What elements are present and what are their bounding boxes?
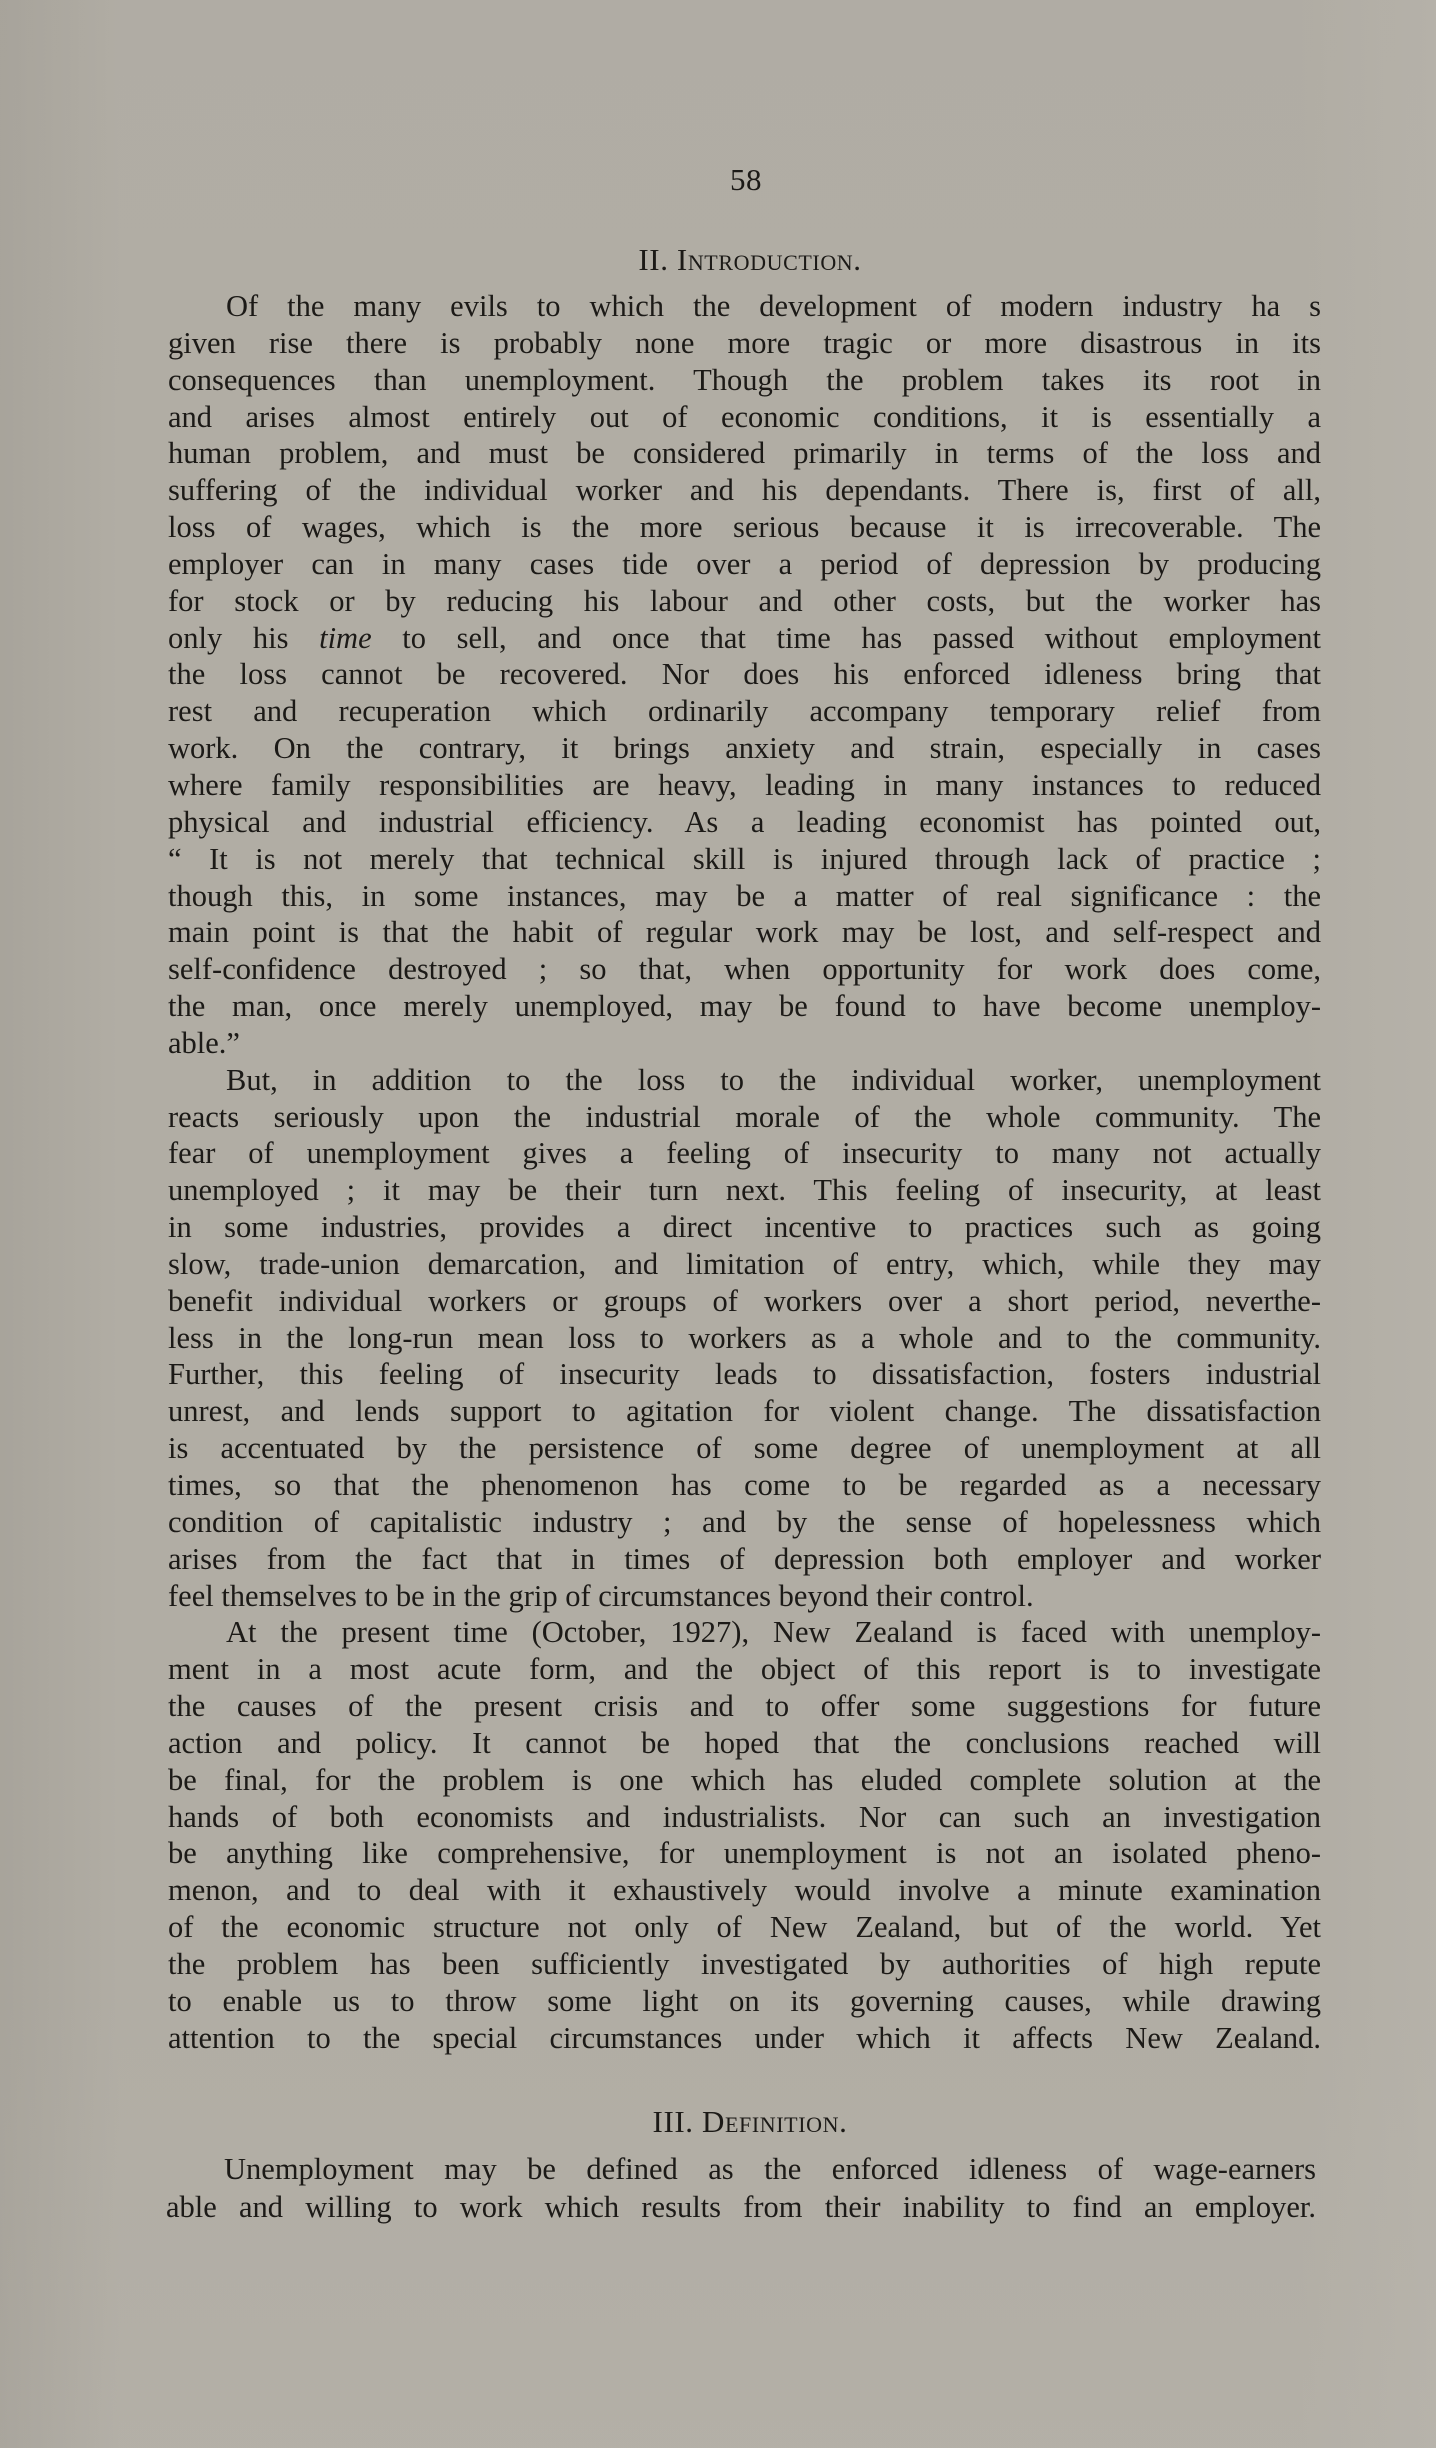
text-line: Unemployment may be defined as the enfor…	[166, 2150, 1316, 2188]
text-line: “ It is not merely that technical skill …	[168, 841, 1321, 878]
text-line: the causes of the present crisis and to …	[168, 1688, 1321, 1725]
text-run: to sell, and once that time has passed w…	[372, 621, 1321, 655]
text-line: be anything like comprehensive, for unem…	[168, 1835, 1321, 1872]
introduction-body: Of the many evils to which the developme…	[168, 288, 1321, 2057]
text-line: reacts seriously upon the industrial mor…	[168, 1099, 1321, 1136]
paragraph: But, in addition to the loss to the indi…	[168, 1062, 1321, 1615]
text-line: fear of unemployment gives a feeling of …	[168, 1135, 1321, 1172]
text-line: feel themselves to be in the grip of cir…	[168, 1578, 1321, 1615]
paragraph: Of the many evils to which the developme…	[168, 288, 1321, 1062]
text-line: in some industries, provides a direct in…	[168, 1209, 1321, 1246]
text-line: rest and recuperation which ordinarily a…	[168, 693, 1321, 730]
paragraph: Unemployment may be defined as the enfor…	[166, 2150, 1316, 2226]
text-line: human problem, and must be considered pr…	[168, 435, 1321, 472]
text-line: though this, in some instances, may be a…	[168, 878, 1321, 915]
text-line: to enable us to throw some light on its …	[168, 1983, 1321, 2020]
text-line: and arises almost entirely out of econom…	[168, 399, 1321, 436]
text-line: of the economic structure not only of Ne…	[168, 1909, 1321, 1946]
text-line: Of the many evils to which the developme…	[168, 288, 1321, 325]
text-line: menon, and to deal with it exhaustively …	[168, 1872, 1321, 1909]
text-line: Further, this feeling of insecurity lead…	[168, 1356, 1321, 1393]
text-line: slow, trade-union demarcation, and limit…	[168, 1246, 1321, 1283]
text-line: self-confidence destroyed ; so that, whe…	[168, 951, 1321, 988]
text-run: only his	[168, 621, 319, 655]
text-line: is accentuated by the persistence of som…	[168, 1430, 1321, 1467]
text-line: the problem has been sufficiently invest…	[168, 1946, 1321, 1983]
text-line: unemployed ; it may be their turn next. …	[168, 1172, 1321, 1209]
text-line: action and policy. It cannot be hoped th…	[168, 1725, 1321, 1762]
text-line: the loss cannot be recovered. Nor does h…	[168, 656, 1321, 693]
text-line: benefit individual workers or groups of …	[168, 1283, 1321, 1320]
text-line: be final, for the problem is one which h…	[168, 1762, 1321, 1799]
text-line: able and willing to work which results f…	[166, 2188, 1316, 2226]
text-line: hands of both economists and industriali…	[168, 1799, 1321, 1836]
text-line: arises from the fact that in times of de…	[168, 1541, 1321, 1578]
text-line: less in the long-run mean loss to worker…	[168, 1320, 1321, 1357]
text-line: attention to the special circumstances u…	[168, 2020, 1321, 2057]
text-line: consequences than unemployment. Though t…	[168, 362, 1321, 399]
text-line: for stock or by reducing his labour and …	[168, 583, 1321, 620]
text-line: suffering of the individual worker and h…	[168, 472, 1321, 509]
text-line: loss of wages, which is the more serious…	[168, 509, 1321, 546]
text-line: times, so that the phenomenon has come t…	[168, 1467, 1321, 1504]
italic-emphasis: time	[319, 621, 372, 655]
text-line: where family responsibilities are heavy,…	[168, 767, 1321, 804]
text-line: the man, once merely unemployed, may be …	[168, 988, 1321, 1025]
text-line: main point is that the habit of regular …	[168, 914, 1321, 951]
text-line: physical and industrial efficiency. As a…	[168, 804, 1321, 841]
text-line: At the present time (October, 1927), New…	[168, 1614, 1321, 1651]
text-line: But, in addition to the loss to the indi…	[168, 1062, 1321, 1099]
text-line: employer can in many cases tide over a p…	[168, 546, 1321, 583]
paragraph: At the present time (October, 1927), New…	[168, 1614, 1321, 2056]
page-number: 58	[0, 160, 1436, 200]
definition-body: Unemployment may be defined as the enfor…	[166, 2150, 1316, 2226]
text-line-with-italic: only his time to sell, and once that tim…	[168, 620, 1321, 657]
text-line: ment in a most acute form, and the objec…	[168, 1651, 1321, 1688]
text-line: able.”	[168, 1025, 1321, 1062]
text-line: condition of capitalistic industry ; and…	[168, 1504, 1321, 1541]
section-heading-definition: III. Definition.	[0, 2102, 1436, 2142]
text-line: given rise there is probably none more t…	[168, 325, 1321, 362]
section-heading-introduction: II. Introduction.	[0, 240, 1436, 280]
text-line: unrest, and lends support to agitation f…	[168, 1393, 1321, 1430]
text-line: work. On the contrary, it brings anxiety…	[168, 730, 1321, 767]
